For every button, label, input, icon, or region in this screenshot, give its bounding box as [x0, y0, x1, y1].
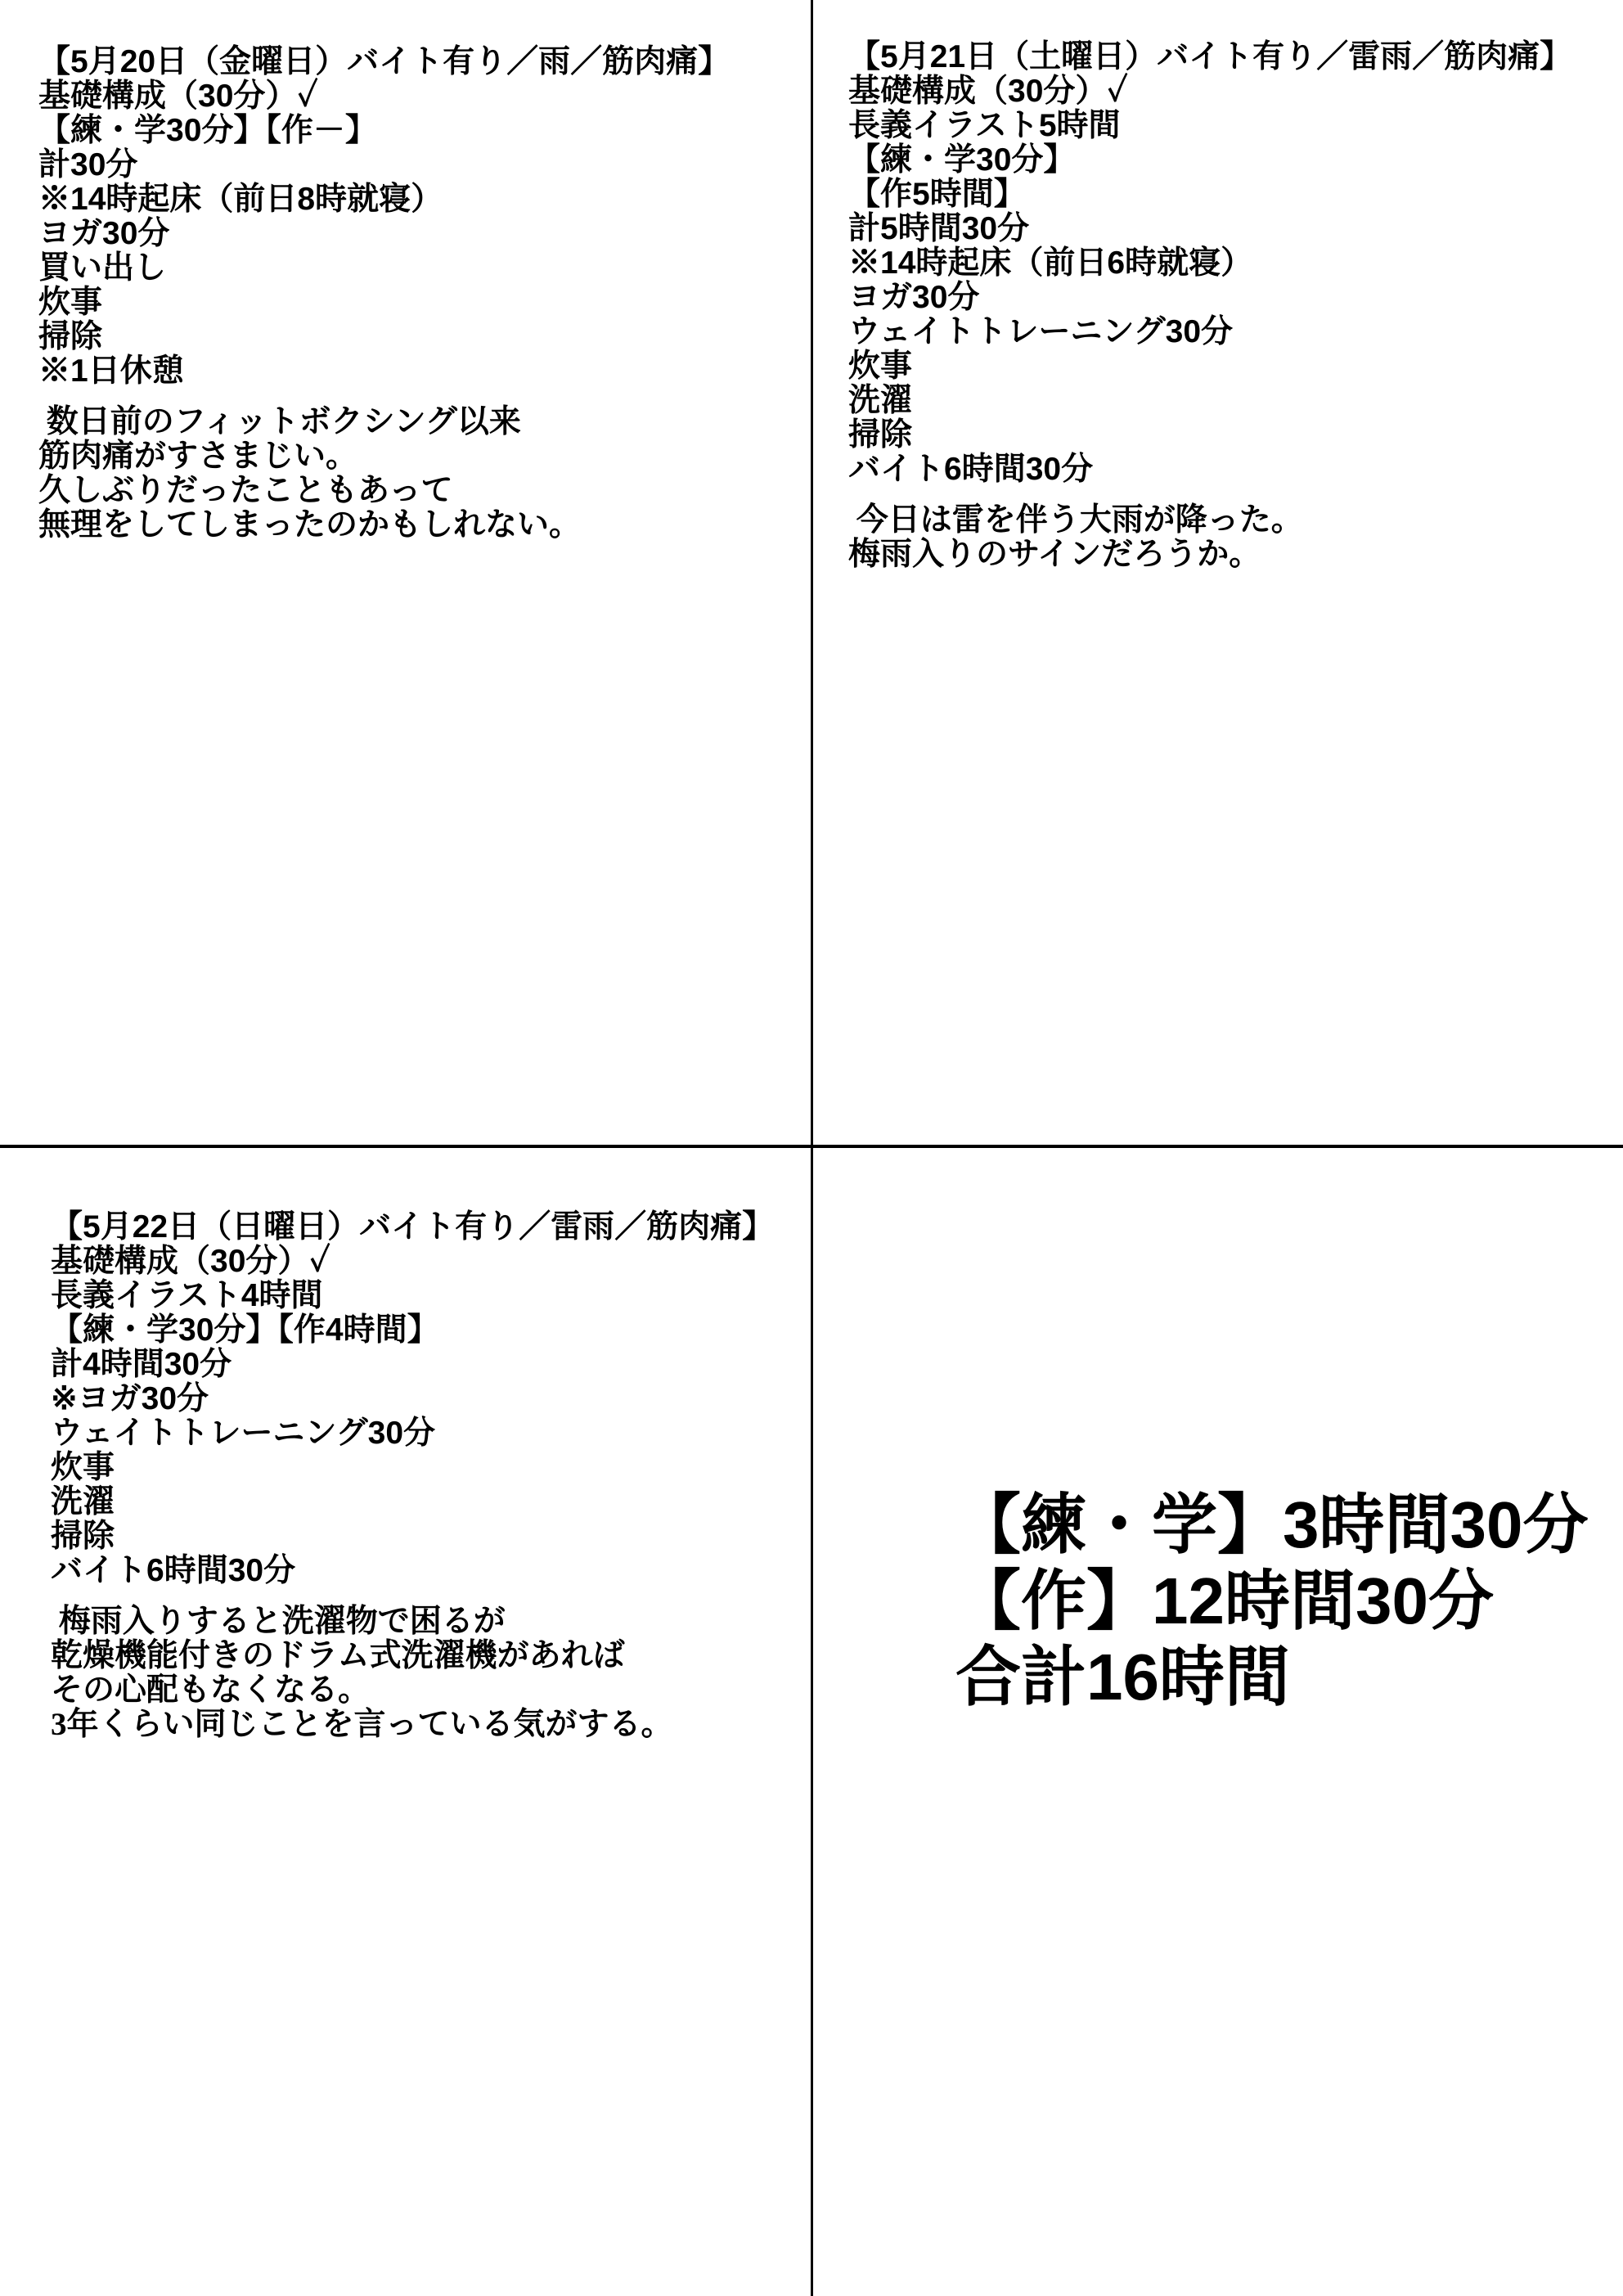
diary-entry-may21: 【5月21日（土曜日）バイト有り／雷雨／筋肉痛】 基礎構成（30分）✓ 長義イラ… — [848, 40, 1585, 572]
entry-comment-may21: 今日は雷を伴う大雨が降った。 梅雨入りのサインだろうか。 — [848, 503, 1585, 572]
totals-summary: 【練・学】3時間30分 【作】12時間30分 合計16時間 — [955, 1487, 1588, 1715]
vertical-divider — [811, 0, 813, 2296]
entry-log-may20: 【5月20日（金曜日）バイト有り／雨／筋肉痛】 基礎構成（30分）✓ 【練・学3… — [38, 45, 775, 389]
horizontal-divider — [0, 1145, 1623, 1148]
entry-log-may22: 【5月22日（日曜日）バイト有り／雷雨／筋肉痛】 基礎構成（30分）✓ 長義イラ… — [51, 1210, 787, 1588]
entry-comment-may22: 梅雨入りすると洗濯物で困るが 乾燥機能付きのドラム式洗濯機があれば その心配もな… — [51, 1605, 787, 1742]
diary-entry-may20: 【5月20日（金曜日）バイト有り／雨／筋肉痛】 基礎構成（30分）✓ 【練・学3… — [38, 45, 775, 542]
diary-entry-may22: 【5月22日（日曜日）バイト有り／雷雨／筋肉痛】 基礎構成（30分）✓ 長義イラ… — [51, 1210, 787, 1742]
diary-page: 【5月20日（金曜日）バイト有り／雨／筋肉痛】 基礎構成（30分）✓ 【練・学3… — [0, 0, 1623, 2296]
entry-comment-may20: 数日前のフィットボクシング以来 筋肉痛がすさまじい。 久しぶりだったこともあって… — [38, 405, 775, 542]
entry-log-may21: 【5月21日（土曜日）バイト有り／雷雨／筋肉痛】 基礎構成（30分）✓ 長義イラ… — [848, 40, 1585, 487]
